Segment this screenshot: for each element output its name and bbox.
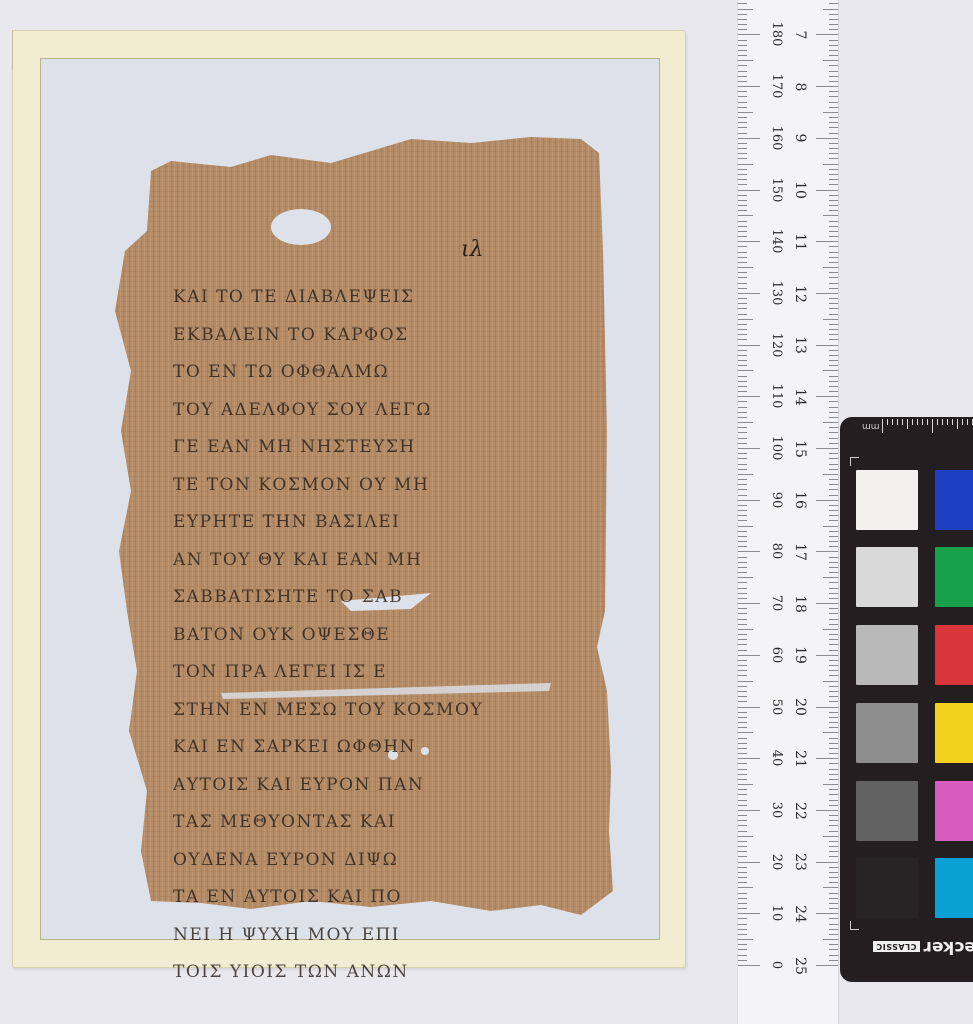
mm-label: 120 xyxy=(769,325,783,365)
ruler-tick xyxy=(738,489,747,490)
ruler-tick xyxy=(829,81,838,82)
ruler-tick xyxy=(829,184,838,185)
ruler-tick xyxy=(738,520,747,521)
text-line: ΤΟ ΕΝ ΤΩ ΟΦΘΑΛΜΩ xyxy=(173,354,573,392)
ruler-tick xyxy=(738,856,747,857)
ruler-tick xyxy=(829,148,838,149)
ruler-tick xyxy=(738,913,760,914)
ruler-tick xyxy=(816,86,838,87)
ruler-tick xyxy=(829,376,838,377)
ruler-tick xyxy=(829,949,838,950)
ruler-tick xyxy=(829,76,838,77)
ruler-tick xyxy=(738,314,747,315)
ruler-tick xyxy=(829,427,838,428)
ruler-tick xyxy=(738,918,747,919)
ruler-tick xyxy=(738,546,747,547)
ruler-tick xyxy=(738,174,747,175)
ruler-tick xyxy=(829,929,838,930)
ruler-tick xyxy=(816,707,838,708)
mm-label: 110 xyxy=(769,376,783,416)
ruler-tick xyxy=(738,3,747,4)
ruler-tick xyxy=(816,293,838,294)
ruler-tick xyxy=(823,422,838,423)
ruler-tick xyxy=(829,143,838,144)
ruler-tick xyxy=(823,887,838,888)
cm-label: 24 xyxy=(793,894,807,934)
ruler-tick xyxy=(738,572,747,573)
text-line: ΒΑΤΟΝ ΟΥΚ ΟΨΕΣΘΕ xyxy=(173,617,573,655)
ruler-tick xyxy=(738,619,747,620)
ruler-tick xyxy=(738,376,747,377)
ruler-tick xyxy=(829,495,838,496)
ruler-tick xyxy=(738,19,747,20)
ruler-tick xyxy=(829,567,838,568)
ruler-tick xyxy=(738,608,747,609)
ruler-tick xyxy=(829,820,838,821)
ruler-tick xyxy=(738,107,747,108)
ruler-tick xyxy=(816,241,838,242)
ruler-tick xyxy=(738,195,747,196)
text-line: ΑΥΤΟΙΣ ΚΑΙ ΕΥΡΟΝ ΠΑΝ xyxy=(173,767,573,805)
ruler-tick xyxy=(823,939,838,940)
ruler-tick xyxy=(829,65,838,66)
ruler-tick xyxy=(829,226,838,227)
ruler-tick xyxy=(823,319,838,320)
ruler-tick xyxy=(829,401,838,402)
ruler-tick xyxy=(829,774,838,775)
text-line: ΤΑΣ ΜΕΘΥΟΝΤΑΣ ΚΑΙ xyxy=(173,804,573,842)
ruler-tick xyxy=(829,867,838,868)
ruler-tick xyxy=(829,29,838,30)
ruler-tick xyxy=(738,257,747,258)
ruler-tick xyxy=(829,572,838,573)
ruler-tick xyxy=(738,45,747,46)
ruler-tick xyxy=(829,479,838,480)
ruler-tick xyxy=(829,303,838,304)
ruler-tick xyxy=(829,339,838,340)
ruler-tick xyxy=(738,831,747,832)
ruler-tick xyxy=(738,448,760,449)
ruler-tick xyxy=(738,288,747,289)
gray-patch xyxy=(856,547,918,607)
ruler-tick xyxy=(738,510,747,511)
ruler-tick xyxy=(829,458,838,459)
ruler-tick xyxy=(738,29,747,30)
ruler-tick xyxy=(738,949,747,950)
ruler-tick xyxy=(829,882,838,883)
ruler-tick xyxy=(829,262,838,263)
ruler-tick xyxy=(738,557,747,558)
ruler-tick xyxy=(738,153,747,154)
ruler-tick xyxy=(738,40,747,41)
ruler-tick xyxy=(738,365,747,366)
ruler-tick xyxy=(738,789,747,790)
ruler-tick xyxy=(738,422,753,423)
ruler-tick xyxy=(829,851,838,852)
ruler-tick xyxy=(829,252,838,253)
ruler-tick xyxy=(829,825,838,826)
ruler-tick xyxy=(829,210,838,211)
ruler-tick xyxy=(738,887,753,888)
cm-label: 15 xyxy=(793,429,807,469)
ruler-tick xyxy=(829,174,838,175)
ruler-tick xyxy=(829,675,838,676)
ruler-tick xyxy=(738,934,747,935)
ruler-tick xyxy=(829,582,838,583)
ruler-tick xyxy=(738,877,747,878)
ruler-tick xyxy=(738,355,747,356)
ruler-tick xyxy=(738,603,760,604)
corner-mark xyxy=(850,921,859,930)
ruler-tick xyxy=(738,753,747,754)
ruler-tick xyxy=(738,691,747,692)
ruler-tick xyxy=(738,898,747,899)
ruler-tick xyxy=(738,810,760,811)
gray-patch xyxy=(856,625,918,685)
ruler-tick xyxy=(829,505,838,506)
ruler-tick xyxy=(738,267,753,268)
ruler-tick xyxy=(738,732,753,733)
cm-label: 25 xyxy=(793,946,807,986)
ruler-tick xyxy=(829,624,838,625)
ruler-tick xyxy=(816,862,838,863)
cm-label: 18 xyxy=(793,584,807,624)
ruler-tick xyxy=(829,800,838,801)
ruler-tick xyxy=(738,743,747,744)
gray-patch xyxy=(856,703,918,763)
ruler-tick xyxy=(738,298,747,299)
ruler-tick xyxy=(738,401,747,402)
ruler-tick xyxy=(738,14,747,15)
ruler-tick xyxy=(738,329,747,330)
ruler-tick xyxy=(738,660,747,661)
ruler-tick xyxy=(829,846,838,847)
ruler-tick xyxy=(829,432,838,433)
gray-patch xyxy=(856,858,918,918)
ruler-tick xyxy=(829,107,838,108)
ruler-tick xyxy=(738,686,747,687)
ruler-tick xyxy=(829,236,838,237)
mm-label: 180 xyxy=(769,14,783,54)
ruler-tick xyxy=(829,701,838,702)
mm-label: 10 xyxy=(769,893,783,933)
ruler-tick xyxy=(829,924,838,925)
ruler-tick xyxy=(829,127,838,128)
ruler-tick xyxy=(738,221,747,222)
color-patch xyxy=(935,703,973,763)
ruler-tick xyxy=(738,526,753,527)
ruler-tick xyxy=(829,3,838,4)
ruler-tick xyxy=(829,753,838,754)
ruler-tick xyxy=(829,541,838,542)
ruler-tick xyxy=(829,117,838,118)
ruler-tick xyxy=(829,670,838,671)
ruler-tick xyxy=(738,655,760,656)
ruler-tick xyxy=(738,252,747,253)
text-line: ΣΑΒΒΑΤΙΣΗΤΕ ΤΟ ΣΑΒ xyxy=(173,579,573,617)
ruler-tick xyxy=(738,712,747,713)
ruler-tick xyxy=(829,712,838,713)
ruler-tick xyxy=(829,562,838,563)
ruler-tick xyxy=(829,257,838,258)
ruler-tick xyxy=(738,9,753,10)
ruler-tick xyxy=(738,417,747,418)
cm-label: 9 xyxy=(793,118,807,158)
ruler-tick xyxy=(829,691,838,692)
ruler-tick xyxy=(829,360,838,361)
ruler-tick xyxy=(829,717,838,718)
ruler-tick xyxy=(738,567,747,568)
ruler-tick xyxy=(829,639,838,640)
ruler-tick xyxy=(829,598,838,599)
cm-label: 14 xyxy=(793,377,807,417)
ruler-tick xyxy=(829,619,838,620)
ruler-tick xyxy=(738,102,747,103)
ruler-tick xyxy=(829,55,838,56)
ruler-tick xyxy=(738,536,747,537)
ruler-tick xyxy=(823,681,838,682)
ruler-tick xyxy=(738,127,747,128)
ruler-tick xyxy=(738,867,747,868)
ruler-tick xyxy=(829,608,838,609)
ruler-tick xyxy=(829,644,838,645)
ruler-tick xyxy=(829,484,838,485)
ruler-tick xyxy=(829,748,838,749)
ruler-tick xyxy=(829,71,838,72)
ruler-tick xyxy=(829,520,838,521)
mm-label: 90 xyxy=(769,480,783,520)
ruler-tick xyxy=(823,474,838,475)
ruler-tick xyxy=(829,205,838,206)
ruler-tick xyxy=(829,903,838,904)
ruler-tick xyxy=(829,19,838,20)
ruler-tick xyxy=(738,681,753,682)
ruler-tick xyxy=(829,763,838,764)
ruler-tick xyxy=(738,81,747,82)
ruler-tick xyxy=(829,443,838,444)
ruler-tick xyxy=(829,355,838,356)
ruler-tick xyxy=(738,644,747,645)
ruler-tick xyxy=(738,458,747,459)
ruler-tick xyxy=(829,381,838,382)
ruler-tick xyxy=(829,453,838,454)
ruler-tick xyxy=(738,277,747,278)
ruler-tick xyxy=(829,195,838,196)
ruler-tick xyxy=(823,784,838,785)
ruler-tick xyxy=(829,246,838,247)
ruler-tick xyxy=(829,877,838,878)
ruler-tick xyxy=(829,743,838,744)
ruler-tick xyxy=(738,319,753,320)
ruler-tick xyxy=(738,190,760,191)
ruler-tick xyxy=(738,500,760,501)
text-line: ΤΟΥ ΑΔΕΛΦΟΥ ΣΟΥ ΛΕΓΩ xyxy=(173,392,573,430)
text-line: ΕΚΒΑΛΕΙΝ ΤΟ ΚΑΡΦΟΣ xyxy=(173,317,573,355)
brand-text: hecker xyxy=(924,937,973,957)
ruler-tick xyxy=(738,727,747,728)
ruler-tick xyxy=(829,831,838,832)
ruler-tick xyxy=(816,500,838,501)
ruler-tick xyxy=(738,634,747,635)
ruler-tick xyxy=(738,179,747,180)
ruler-tick xyxy=(829,944,838,945)
ruler-tick xyxy=(829,531,838,532)
ruler-tick xyxy=(738,738,747,739)
ruler-tick xyxy=(823,732,838,733)
ruler-tick xyxy=(738,924,747,925)
ruler-tick xyxy=(738,582,747,583)
ruler-tick xyxy=(829,856,838,857)
ruler-tick xyxy=(738,169,747,170)
ruler-tick xyxy=(738,55,747,56)
ruler-tick xyxy=(738,903,747,904)
ruler-tick xyxy=(829,272,838,273)
ruler-tick xyxy=(823,215,838,216)
mm-label: 170 xyxy=(769,66,783,106)
ruler-tick xyxy=(823,370,838,371)
text-line: ΓΕ ΕΑΝ ΜΗ ΝΗΣΤΕΥΣΗ xyxy=(173,429,573,467)
ruler-tick xyxy=(738,613,747,614)
ruler-tick xyxy=(829,696,838,697)
text-line: ΤΕ ΤΟΝ ΚΟΣΜΟΝ ΟΥ ΜΗ xyxy=(173,467,573,505)
cm-label: 17 xyxy=(793,532,807,572)
checker-mm-label: mm xyxy=(862,421,880,431)
ruler-tick xyxy=(823,60,838,61)
ruler-tick xyxy=(738,464,747,465)
papyrus-fragment: ιλ ΚΑΙ ΤΟ ΤΕ ΔΙΑΒΛΕΨΕΙΣ ΕΚΒΑΛΕΙΝ ΤΟ ΚΑΡΦ… xyxy=(111,131,619,915)
ruler-tick xyxy=(829,789,838,790)
ruler-tick xyxy=(829,841,838,842)
ruler-tick xyxy=(829,588,838,589)
ruler-tick xyxy=(738,588,747,589)
text-line: ΚΑΙ ΤΟ ΤΕ ΔΙΑΒΛΕΨΕΙΣ xyxy=(173,279,573,317)
ruler-tick xyxy=(823,9,838,10)
color-checker-card: mm CLASSIC hecker xyxy=(840,417,973,982)
ruler-tick xyxy=(823,112,838,113)
ruler-tick xyxy=(738,717,747,718)
ruler-tick xyxy=(738,779,747,780)
ruler-tick xyxy=(738,562,747,563)
mm-label: 70 xyxy=(769,583,783,623)
ruler-tick xyxy=(816,551,838,552)
ruler-tick xyxy=(829,893,838,894)
ruler-tick xyxy=(738,370,753,371)
checker-brand: CLASSIC hecker xyxy=(848,937,973,957)
ruler-tick xyxy=(738,438,747,439)
ruler-tick xyxy=(738,531,747,532)
mm-label: 130 xyxy=(769,273,783,313)
ruler-tick xyxy=(829,412,838,413)
ruler-tick xyxy=(829,918,838,919)
ruler-tick xyxy=(738,158,747,159)
ruler-tick xyxy=(829,407,838,408)
ruler-tick xyxy=(738,334,747,335)
ruler-tick xyxy=(738,345,760,346)
cm-ticks xyxy=(814,0,838,1000)
ruler-tick xyxy=(829,722,838,723)
ruler-tick xyxy=(738,944,747,945)
ruler-tick xyxy=(738,396,760,397)
ruler-tick xyxy=(738,427,747,428)
ruler-tick xyxy=(738,624,747,625)
cm-label: 20 xyxy=(793,687,807,727)
ruler-tick xyxy=(823,836,838,837)
ruler-tick xyxy=(829,158,838,159)
ruler-tick xyxy=(738,841,747,842)
cm-label: 10 xyxy=(793,170,807,210)
text-line: ΤΟΙΣ ΥΙΟΙΣ ΤΩΝ ΑΝΩΝ xyxy=(173,954,573,992)
ruler-tick xyxy=(823,164,838,165)
text-line: ΤΟΝ ΠΡΑ ΛΕΓΕΙ Ι̅Σ̅ Ε xyxy=(173,654,573,692)
cm-label: 11 xyxy=(793,222,807,262)
ruler-tick xyxy=(823,526,838,527)
ruler-tick xyxy=(738,805,747,806)
mm-label: 20 xyxy=(769,842,783,882)
ruler-tick xyxy=(738,882,747,883)
ruler-tick xyxy=(738,226,747,227)
ruler-tick xyxy=(738,577,753,578)
ruler-tick xyxy=(829,122,838,123)
text-line: ΝΕΙ Η ΨΥΧΗ ΜΟΥ ΕΠΙ xyxy=(173,917,573,955)
ruler-tick xyxy=(738,96,747,97)
ruler-tick xyxy=(738,794,747,795)
ruler-tick xyxy=(738,707,760,708)
ruler-tick xyxy=(738,763,747,764)
ruler-tick xyxy=(738,283,747,284)
ruler-tick xyxy=(738,184,747,185)
ruler-tick xyxy=(738,629,753,630)
mat-frame: ιλ ΚΑΙ ΤΟ ΤΕ ΔΙΑΒΛΕΨΕΙΣ ΕΚΒΑΛΕΙΝ ΤΟ ΚΑΡΦ… xyxy=(12,30,686,968)
ruler-tick xyxy=(738,484,747,485)
ruler-tick xyxy=(738,133,747,134)
ruler-tick xyxy=(738,955,747,956)
ruler-tick xyxy=(738,722,747,723)
ruler-tick xyxy=(738,432,747,433)
ruler-tick xyxy=(738,872,747,873)
scale-ruler: 1801701601501401301201101009080706050403… xyxy=(737,0,839,1024)
ruler-tick xyxy=(738,650,747,651)
ruler-tick xyxy=(738,820,747,821)
ruler-tick xyxy=(829,650,838,651)
cm-label: 16 xyxy=(793,480,807,520)
ruler-tick xyxy=(738,908,747,909)
ruler-tick xyxy=(738,34,760,35)
mm-label: 60 xyxy=(769,635,783,675)
ruler-tick xyxy=(816,810,838,811)
ruler-tick xyxy=(829,334,838,335)
ruler-tick xyxy=(738,593,747,594)
color-patch xyxy=(935,470,973,530)
ruler-tick xyxy=(738,272,747,273)
ruler-tick xyxy=(738,665,747,666)
mm-label: 140 xyxy=(769,221,783,261)
corner-mark xyxy=(850,457,859,466)
ruler-tick xyxy=(738,112,753,113)
ruler-tick xyxy=(829,40,838,41)
ruler-tick xyxy=(738,324,747,325)
ruler-tick xyxy=(816,448,838,449)
ruler-tick xyxy=(829,231,838,232)
ruler-tick xyxy=(738,939,753,940)
text-line: ΚΑΙ ΕΝ ΣΑΡΚΕΙ ΩΦΘΗΝ xyxy=(173,729,573,767)
ruler-tick xyxy=(738,86,760,87)
ruler-tick xyxy=(829,469,838,470)
ruler-tick xyxy=(829,91,838,92)
mm-label: 160 xyxy=(769,118,783,158)
ruler-tick xyxy=(816,138,838,139)
ruler-tick xyxy=(738,541,747,542)
ruler-tick xyxy=(738,407,747,408)
